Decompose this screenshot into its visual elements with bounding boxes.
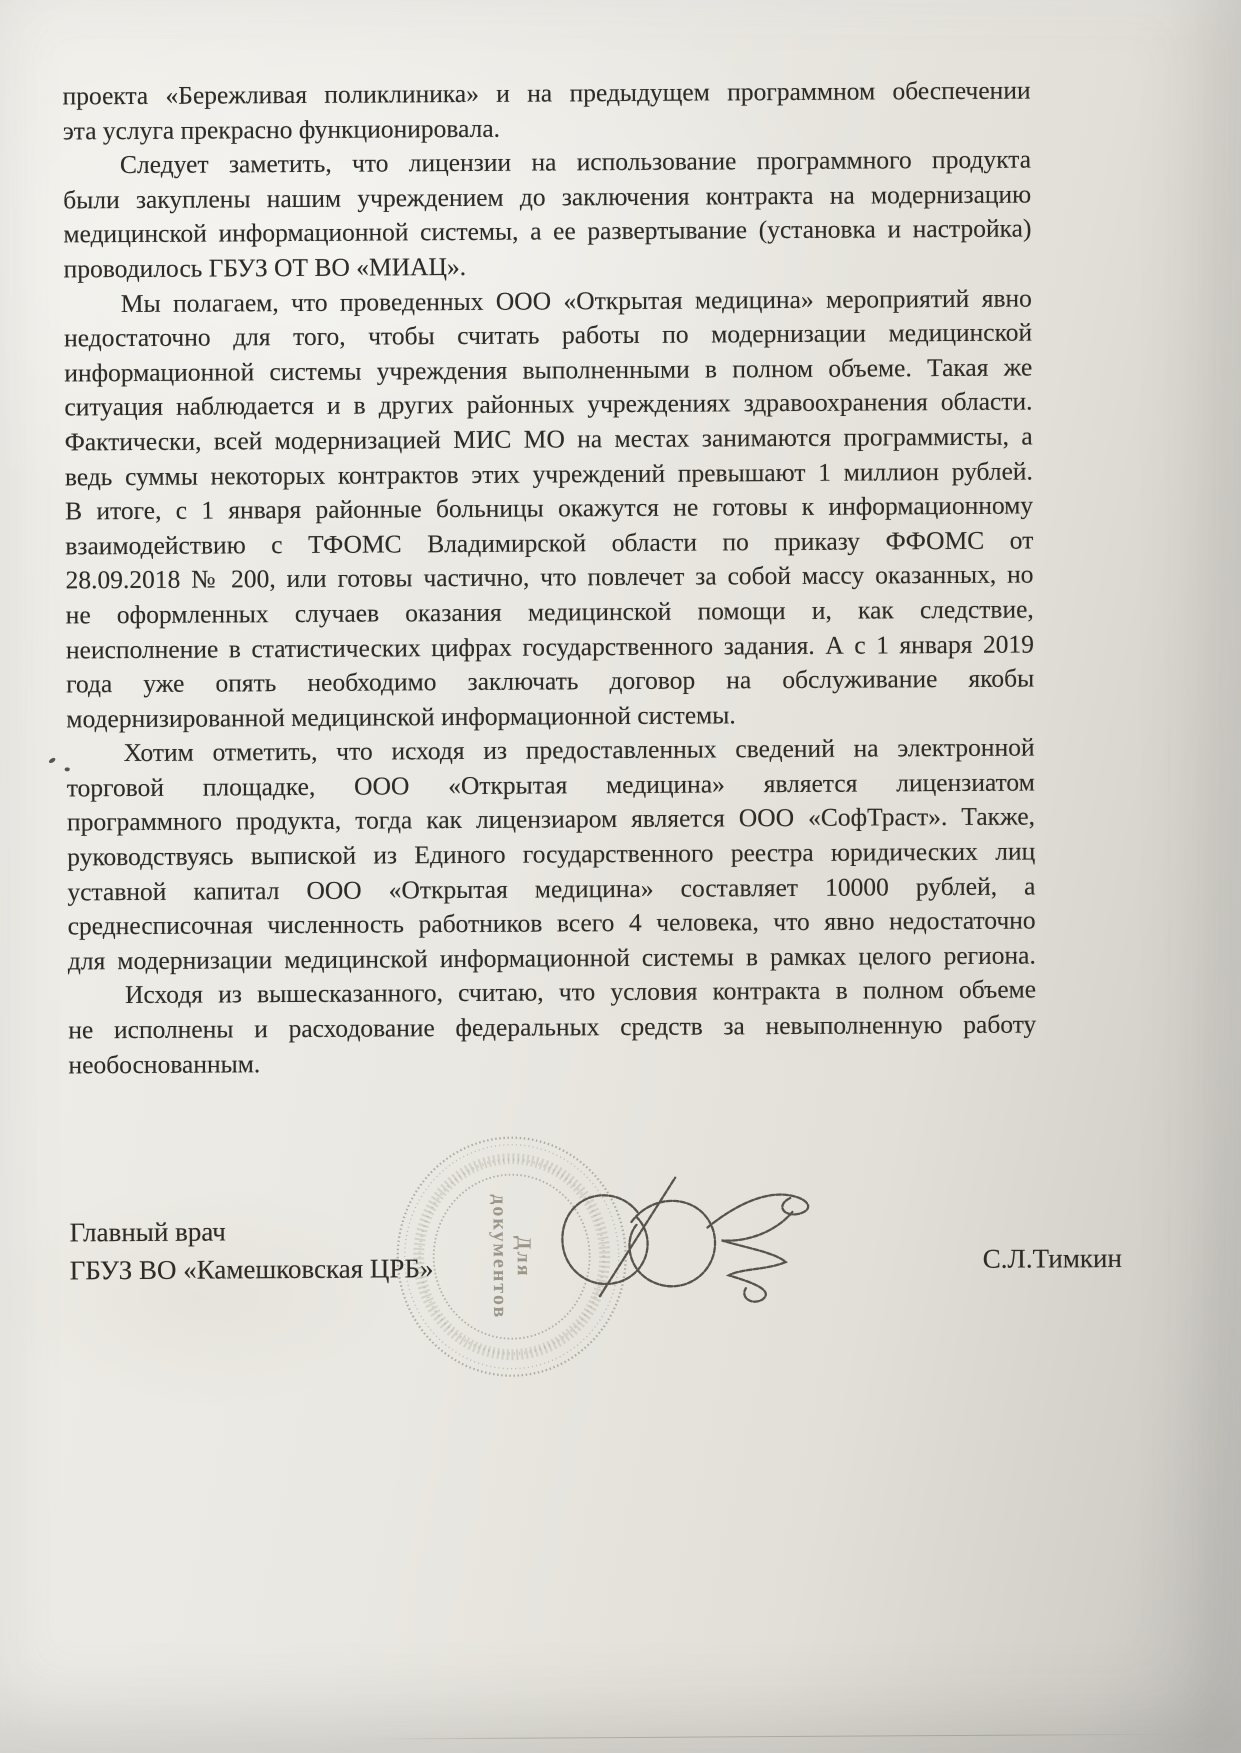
document-text-line: Следует заметить, что лицензии на исполь… [63,143,1031,184]
document-text-line: В итоге, с 1 января районные больницы ок… [65,489,1033,530]
document-text-line: взаимодействию с ТФОМС Владимирской обла… [65,523,1033,564]
signer-position-title: Главный врач [69,1211,433,1251]
signer-name: С.Л.Тимкин [983,1241,1122,1276]
document-text-line: проводилось ГБУЗ ОТ ВО «МИАЦ». [64,246,1032,287]
stamp-center-label: Для документов [487,1157,536,1357]
scanned-letter-page: проекта «Бережливая поликлиника» и на пр… [0,0,1241,1753]
document-text-line: уставной капитал ООО «Открытая медицина»… [67,869,1035,910]
document-text-line: Хотим отметить, что исходя из предоставл… [66,731,1034,772]
document-text-line: программного продукта, тогда как лицензи… [67,800,1035,841]
document-text-line: для модернизации медицинской информацион… [68,938,1036,979]
document-text-line: недостаточно для того, чтобы считать раб… [64,316,1032,357]
signer-organization: ГБУЗ ВО «Камешковская ЦРБ» [70,1249,434,1289]
document-text-line: модернизированной медицинской информацио… [66,696,1034,737]
document-text-line: 28.09.2018 № 200, или готовы частично, ч… [65,558,1033,599]
document-text-line: года уже опять необходимо заключать дого… [66,662,1034,703]
document-text-line: неисполнение в статистических цифрах гос… [66,627,1034,668]
ink-speck [48,757,56,764]
document-text-line: Мы полагаем, что проведенных ООО «Открыт… [64,281,1032,322]
document-text-line: необоснованным. [68,1042,1036,1083]
document-text-line: информационной системы учреждения выполн… [64,350,1032,391]
document-text-line: были закуплены нашим учреждением до закл… [63,177,1031,218]
document-text-line: руководствуясь выпиской из Единого госуд… [67,835,1035,876]
document-text-line: не оформленных случаев оказания медицинс… [66,592,1034,633]
document-text-line: Исходя из вышесказанного, считаю, что ус… [68,973,1036,1014]
letter-body: проекта «Бережливая поликлиника» и на пр… [62,73,1036,1082]
handwritten-signature [535,1139,836,1316]
document-text-line: ситуация наблюдается и в других районных… [64,385,1032,426]
page-content: проекта «Бережливая поликлиника» и на пр… [0,0,1241,1753]
document-text-line: ведь суммы некоторых контрактов этих учр… [65,454,1033,495]
signature-block-left: Главный врач ГБУЗ ВО «Камешковская ЦРБ» [69,1211,433,1289]
document-text-line: Фактически, всей модернизацией МИС МО на… [65,419,1033,460]
document-text-line: медицинской информационной системы, а ее… [63,212,1031,253]
paper-crease-line [366,1734,1166,1740]
document-text-line: эта услуга прекрасно функционировала. [63,108,1031,149]
document-text-line: проекта «Бережливая поликлиника» и на пр… [62,73,1030,114]
document-text-line: среднесписочная численность работников в… [68,904,1036,945]
document-text-line: не исполнены и расходование федеральных … [68,1008,1036,1049]
document-text-line: торговой площадке, ООО «Открытая медицин… [67,765,1035,806]
